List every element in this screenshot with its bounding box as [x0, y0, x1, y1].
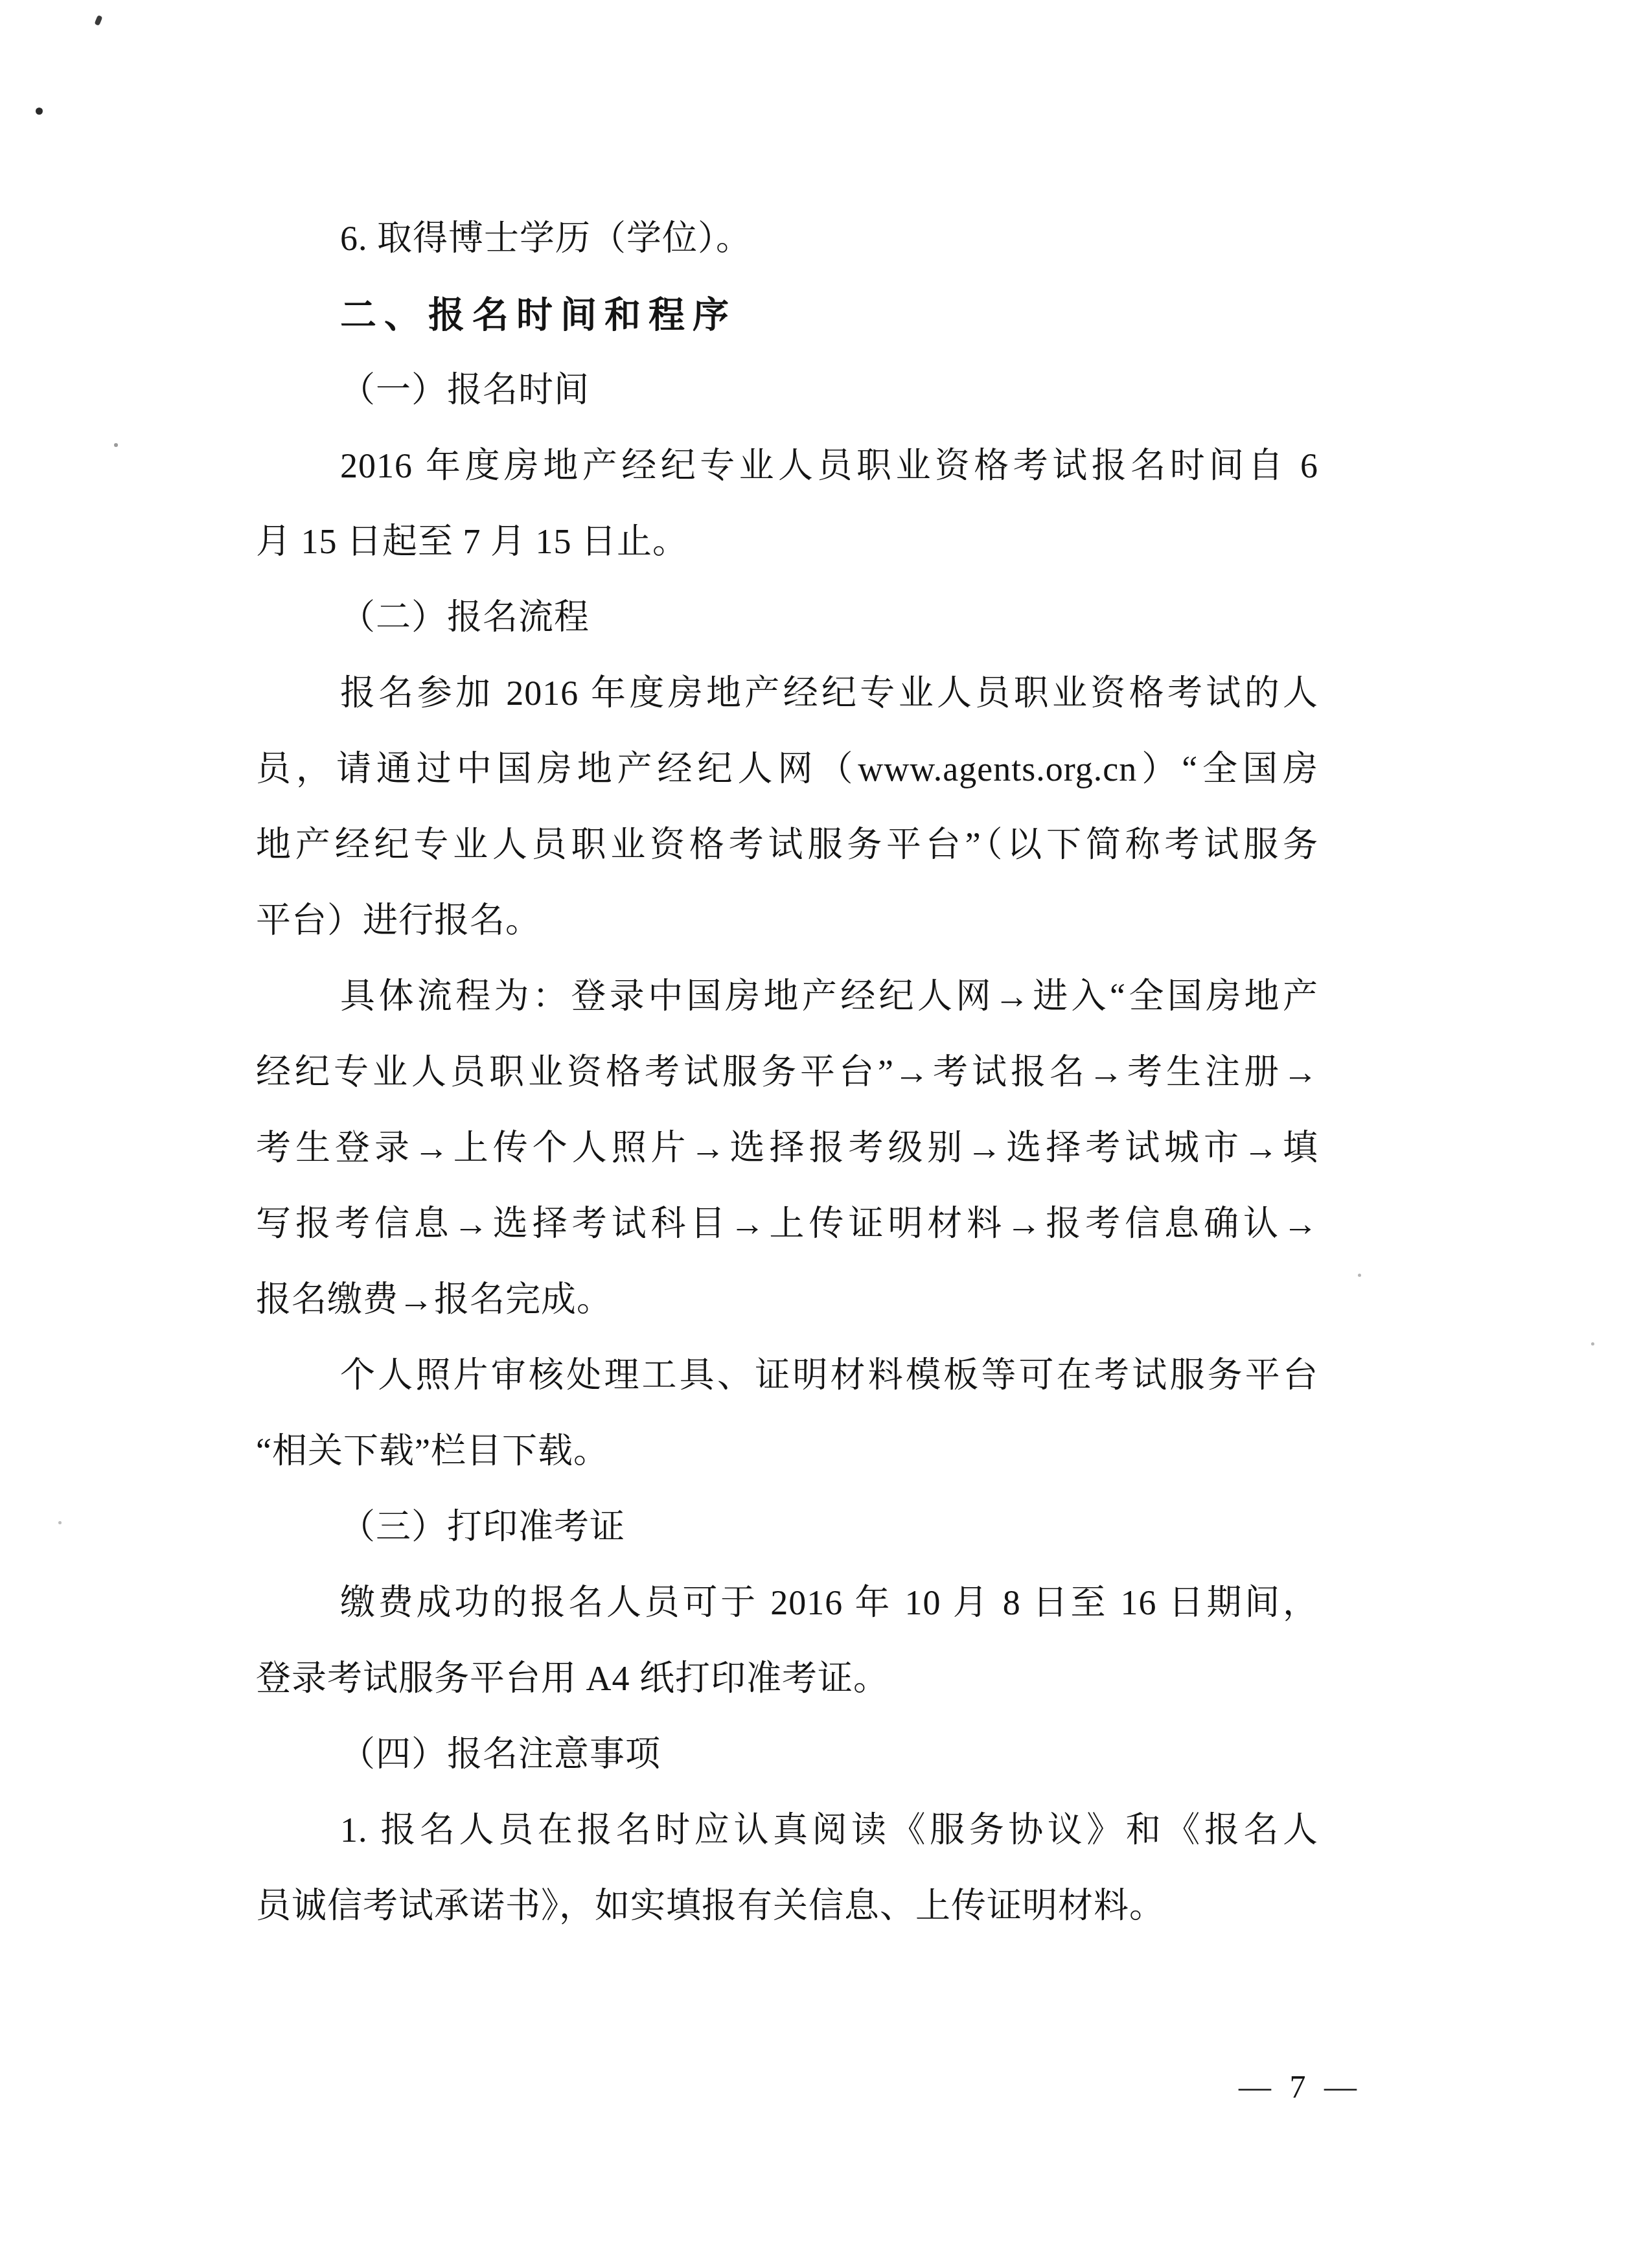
- text-line: 员诚信考试承诺书》，如实填报有关信息、上传证明材料。: [256, 1868, 1318, 1944]
- document-body: 6. 取得博士学历（学位）。 二、报名时间和程序 （一）报名时间 2016 年度…: [256, 201, 1318, 1944]
- text-line: 月 15 日起至 7 月 15 日止。: [256, 504, 1318, 580]
- text-line: （三）打印准考证: [256, 1489, 1318, 1565]
- scan-speck: [58, 1521, 62, 1524]
- text-line: 经纪专业人员职业资格考试服务平台”→考试报名→考生注册→: [256, 1035, 1318, 1110]
- scan-speck: [1358, 1274, 1361, 1277]
- text-line: 报名缴费→报名完成。: [256, 1262, 1318, 1338]
- text-line: 报名参加 2016 年度房地产经纪专业人员职业资格考试的人: [256, 656, 1318, 731]
- text-line: 平台）进行报名。: [256, 883, 1318, 959]
- text-line: 缴费成功的报名人员可于 2016 年 10 月 8 日至 16 日期间，: [256, 1565, 1318, 1641]
- scan-speck: [94, 15, 102, 26]
- text-line: 写报考信息→选择考试科目→上传证明材料→报考信息确认→: [256, 1186, 1318, 1262]
- page-number: — 7 —: [1239, 2068, 1362, 2105]
- text-line: 具体流程为：登录中国房地产经纪人网→进入“全国房地产: [256, 959, 1318, 1035]
- text-line: 6. 取得博士学历（学位）。: [256, 201, 1318, 277]
- text-line: 地产经纪专业人员职业资格考试服务平台”（以下简称考试服务: [256, 807, 1318, 883]
- text-line: （二）报名流程: [256, 580, 1318, 656]
- text-line: 1. 报名人员在报名时应认真阅读《服务协议》和《报名人: [256, 1793, 1318, 1868]
- scan-speck: [114, 443, 118, 447]
- scan-speck: [36, 108, 43, 115]
- text-line: 员，请通过中国房地产经纪人网（www.agents.org.cn）“全国房: [256, 731, 1318, 807]
- text-line: 个人照片审核处理工具、证明材料模板等可在考试服务平台: [256, 1338, 1318, 1414]
- text-line: 2016 年度房地产经纪专业人员职业资格考试报名时间自 6: [256, 428, 1318, 504]
- text-line: （一）报名时间: [256, 352, 1318, 428]
- section-heading: 二、报名时间和程序: [256, 277, 1318, 352]
- text-line: 考生登录→上传个人照片→选择报考级别→选择考试城市→填: [256, 1110, 1318, 1186]
- text-line: “相关下载”栏目下载。: [256, 1414, 1318, 1489]
- text-line: 登录考试服务平台用 A4 纸打印准考证。: [256, 1641, 1318, 1717]
- scan-speck: [1591, 1342, 1594, 1346]
- document-page: 6. 取得博士学历（学位）。 二、报名时间和程序 （一）报名时间 2016 年度…: [0, 0, 1652, 2268]
- text-line: （四）报名注意事项: [256, 1717, 1318, 1793]
